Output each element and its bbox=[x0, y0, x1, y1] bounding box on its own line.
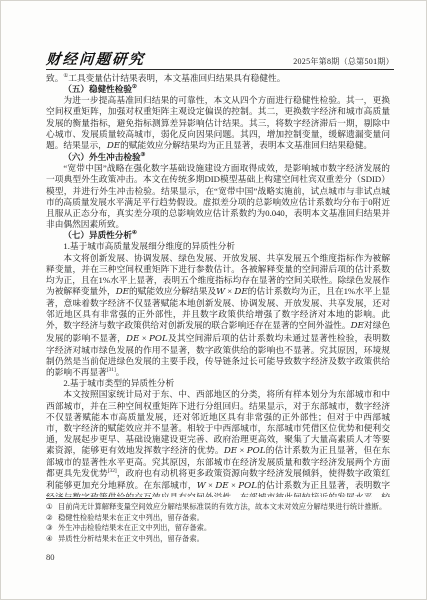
footnote-marker: ③ bbox=[141, 152, 146, 158]
variable-name: W bbox=[216, 287, 225, 297]
page-number: 80 bbox=[46, 552, 55, 562]
variable-name: DE bbox=[107, 141, 120, 151]
journal-logo: 财经问题研究 bbox=[45, 53, 145, 68]
footnote: ③外生冲击检验结果未在正文中列出，留存备索。 bbox=[46, 523, 390, 534]
paragraph: “宽带中国”战略在强化数字基础设施建设方面取得成效，是影响城市数字经济发展的一项… bbox=[46, 163, 390, 230]
section-heading: （五）稳健性检验② bbox=[46, 84, 390, 95]
article-body: 致。①工具变量估计结果表明，本文基准回归结果具有稳健性。（五）稳健性检验②为进一… bbox=[46, 73, 390, 497]
paragraph: 本文将创新发展、协调发展、绿色发展、开放发展、共享发展五个维度指标作为被解释变量… bbox=[46, 253, 390, 379]
header-divider bbox=[46, 69, 394, 70]
footnote: ④异质性分析结果未在正文中列出，留存备索。 bbox=[46, 534, 390, 545]
variable-name: DE bbox=[215, 481, 228, 491]
footnote-divider bbox=[46, 498, 152, 499]
text-run: 的赋能效应分解结果及 bbox=[129, 286, 216, 296]
text-run: （五）稳健性检验 bbox=[63, 84, 132, 94]
footnotes: ①目前尚无计算解释变量空间效应分解结果标准误的有效方法，故本文未对效应分解结果进… bbox=[46, 502, 390, 544]
paragraph: 致。①工具变量估计结果表明，本文基准回归结果具有稳健性。 bbox=[46, 73, 390, 84]
footnote-text: 异质性分析结果未在正文中列出，留存备索。 bbox=[58, 534, 390, 545]
text-run: 工具变量估计结果表明，本文基准回归结果具有稳健性。 bbox=[68, 73, 285, 83]
text-run: 的赋能效应分解结果均为正且显著，表明本文基准回归结果稳健。 bbox=[120, 140, 372, 150]
footnote-number: ④ bbox=[46, 534, 58, 545]
variable-name: POL bbox=[247, 446, 266, 456]
variable-name: W bbox=[197, 481, 206, 491]
section-heading: （六）外生冲击检验③ bbox=[46, 152, 390, 163]
text-run: × bbox=[139, 333, 149, 343]
section-heading: （七）异质性分析④ bbox=[46, 230, 390, 241]
text-run: 2.基于城市类型的异质性分析 bbox=[63, 378, 174, 388]
issue-info: 2025年第8期（总第501期） bbox=[293, 58, 394, 67]
text-run: （六）外生冲击检验 bbox=[63, 152, 140, 162]
variable-name: DE bbox=[351, 321, 364, 331]
text-run: （七）异质性分析 bbox=[63, 230, 132, 240]
variable-name: DE bbox=[116, 287, 129, 297]
subsection-heading: 1.基于城市高质量发展细分维度的异质性分析 bbox=[46, 241, 390, 252]
footnote-number: ① bbox=[46, 502, 58, 513]
footnote-marker: ② bbox=[132, 84, 137, 90]
subsection-heading: 2.基于城市类型的异质性分析 bbox=[46, 378, 390, 389]
footnote-marker: [31] bbox=[107, 367, 116, 373]
footnote-number: ③ bbox=[46, 523, 58, 534]
footnote-number: ② bbox=[46, 513, 58, 524]
text-run: 。 bbox=[116, 367, 125, 377]
variable-name: POL bbox=[149, 334, 168, 344]
variable-name: DE bbox=[126, 334, 139, 344]
footnote-text: 稳健性检验结果未在正文中列出，留存备索。 bbox=[58, 513, 390, 524]
journal-page: 财经问题研究 2025年第8期（总第501期） 致。①工具变量估计结果表明，本文… bbox=[0, 0, 427, 600]
variable-name: DE bbox=[224, 446, 237, 456]
text-run: 1.基于城市高质量发展细分维度的异质性分析 bbox=[63, 241, 235, 251]
paragraph: 本文按照国家统计局对于东、中、西部地区的分类，将所有样本划分为东部城市和中西部城… bbox=[46, 389, 390, 497]
text-run: “宽带中国”战略在强化数字基础设施建设方面取得成效，是影响城市数字经济发展的一项… bbox=[46, 163, 390, 229]
variable-name: DE bbox=[234, 287, 247, 297]
text-run: × bbox=[229, 480, 239, 490]
footnote-marker: [32] bbox=[108, 469, 117, 475]
footnote: ①目前尚无计算解释变量空间效应分解结果标准误的有效方法，故本文未对效应分解结果进… bbox=[46, 502, 390, 513]
footnote-text: 目前尚无计算解释变量空间效应分解结果标准误的有效方法，故本文未对效应分解结果进行… bbox=[58, 502, 390, 513]
text-run: × bbox=[237, 445, 247, 455]
text-run: × bbox=[225, 286, 234, 296]
variable-name: POL bbox=[238, 481, 257, 491]
footnote-text: 外生冲击检验结果未在正文中列出，留存备索。 bbox=[58, 523, 390, 534]
text-run: 致。 bbox=[46, 73, 63, 83]
paragraph: 为进一步提高基准回归结果的可靠性，本文从四个方面进行稳健性检验。其一，更换空间权… bbox=[46, 95, 390, 152]
text-run: × bbox=[206, 480, 216, 490]
footnote-marker: ④ bbox=[132, 230, 137, 236]
footnote: ②稳健性检验结果未在正文中列出，留存备索。 bbox=[46, 513, 390, 524]
page-header: 财经问题研究 2025年第8期（总第501期） bbox=[46, 49, 394, 67]
